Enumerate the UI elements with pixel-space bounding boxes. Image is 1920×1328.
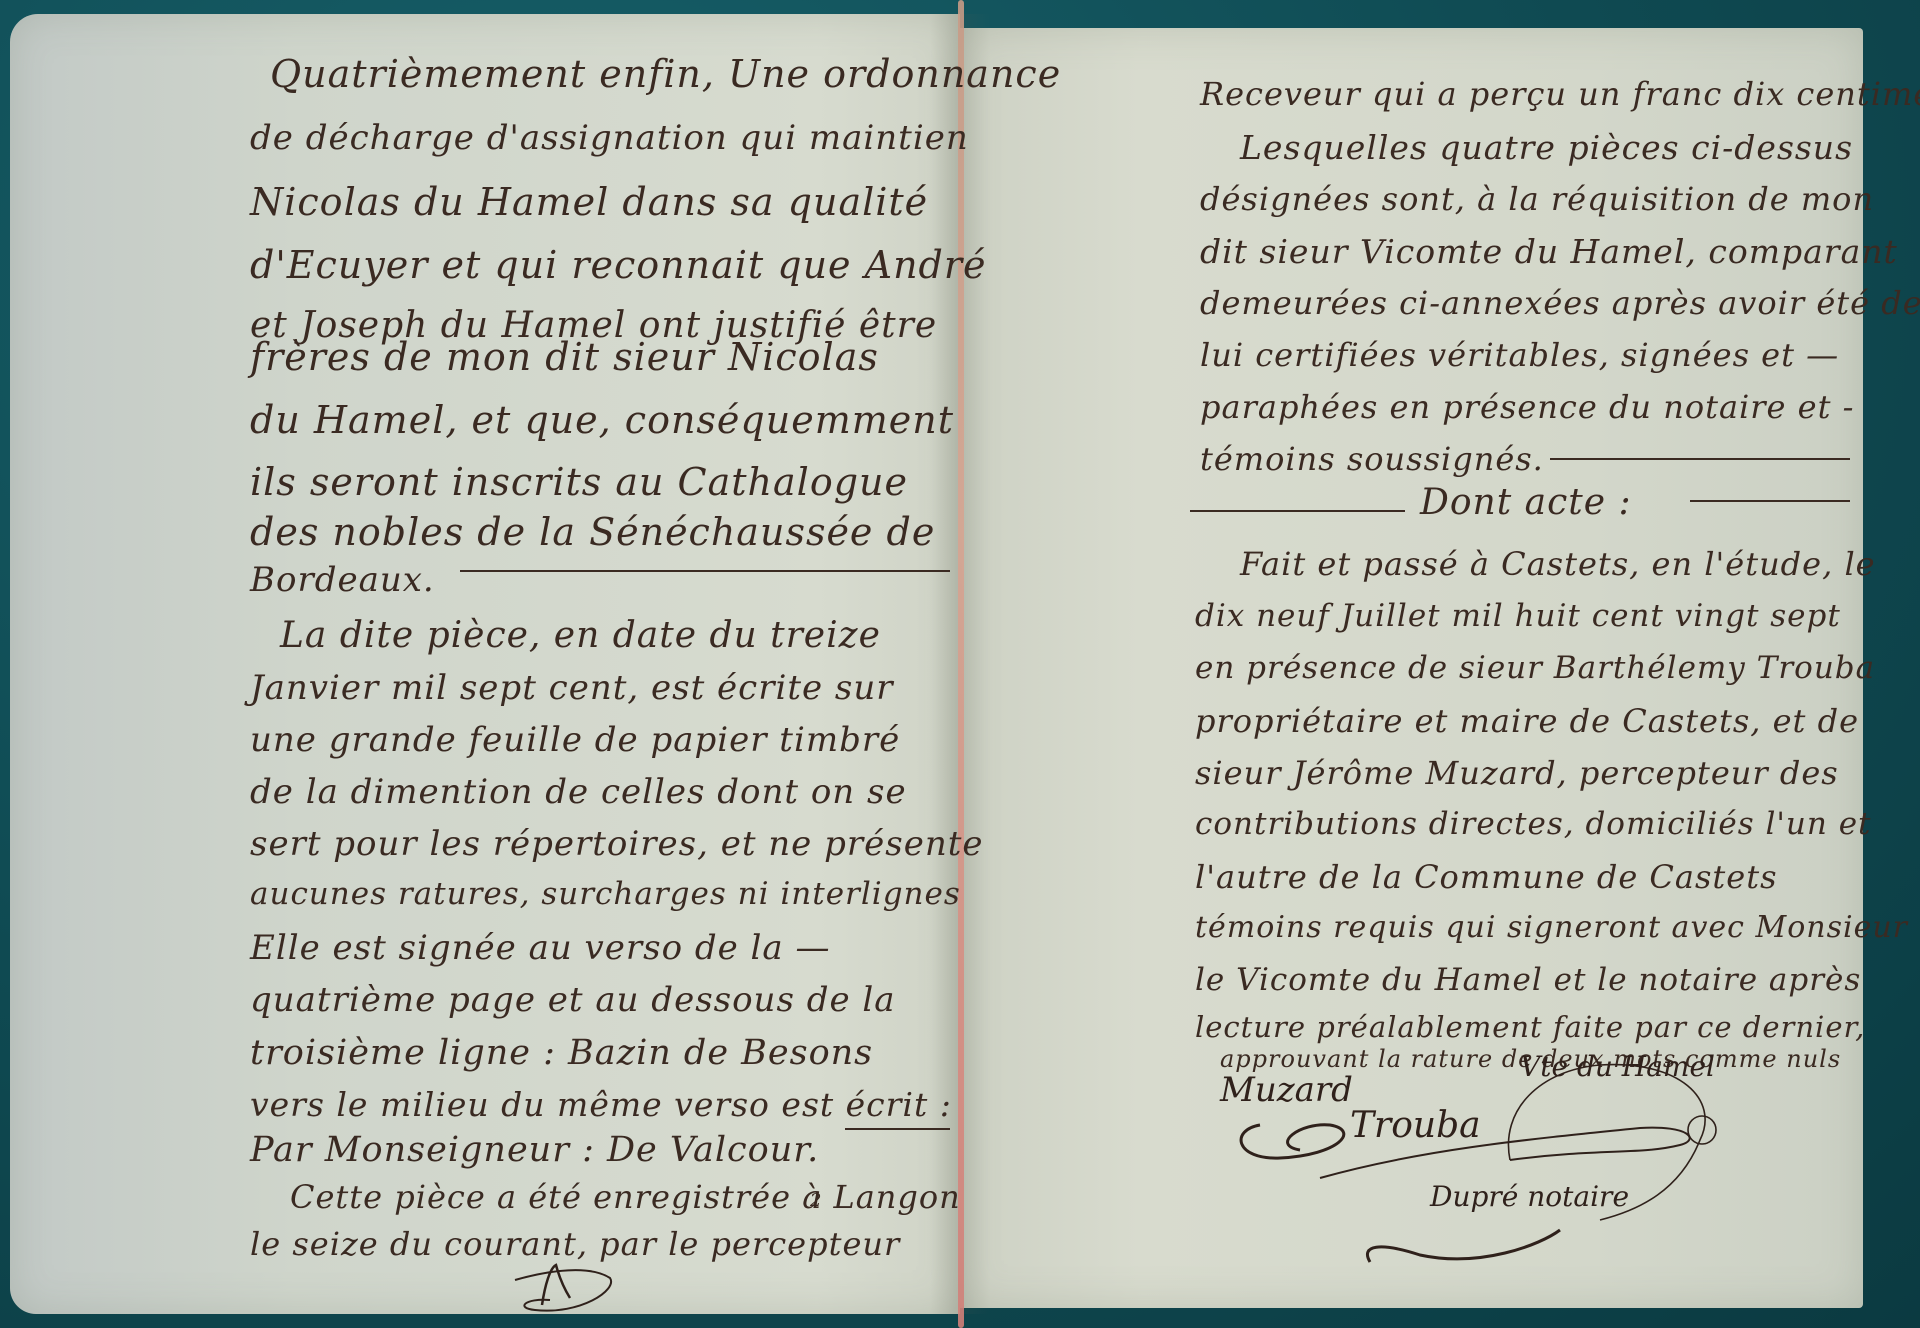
binding-thread bbox=[958, 0, 964, 1328]
right-line-17: témoins requis qui signeront avec Monsie… bbox=[1195, 910, 1908, 945]
right-rule-2a bbox=[1190, 510, 1405, 512]
right-line-16: l'autre de la Commune de Castets bbox=[1195, 858, 1777, 896]
right-line-10: Fait et passé à Castets, en l'étude, le bbox=[1240, 545, 1876, 583]
right-rule-2b bbox=[1690, 500, 1850, 502]
left-line-22: Cette pièce a été enregistrée à Langon bbox=[290, 1178, 961, 1216]
right-line-1: Receveur qui a perçu un franc dix centim… bbox=[1200, 75, 1920, 113]
right-line-14: sieur Jérôme Muzard, percepteur des bbox=[1195, 754, 1839, 792]
right-line-6: lui certifiées véritables, signées et — bbox=[1200, 336, 1839, 374]
right-line-15: contributions directes, domiciliés l'un … bbox=[1195, 806, 1872, 842]
right-line-9: Dont acte : bbox=[1420, 482, 1632, 523]
paraph-icon bbox=[510, 1260, 620, 1320]
left-line-9: des nobles de la Sénéchaussée de bbox=[250, 510, 935, 554]
left-line-20: vers le milieu du même verso est écrit : bbox=[250, 1085, 952, 1124]
left-line-13: une grande feuille de papier timbré bbox=[250, 720, 900, 760]
left-line-3: Nicolas du Hamel dans sa qualité bbox=[250, 180, 928, 224]
left-line-2: de décharge d'assignation qui maintien bbox=[250, 118, 969, 158]
left-line-15: sert pour les répertoires, et ne présent… bbox=[250, 824, 984, 864]
right-rule-1 bbox=[1550, 458, 1850, 460]
left-line-11: La dite pièce, en date du treize bbox=[280, 615, 881, 656]
right-line-7: paraphées en présence du notaire et - bbox=[1200, 388, 1854, 426]
signature-flourishes-icon bbox=[1220, 1030, 1780, 1280]
left-line-4: d'Ecuyer et qui reconnait que André bbox=[250, 243, 987, 287]
left-line-8: ils seront inscrits au Cathalogue bbox=[250, 460, 908, 504]
left-rule-2 bbox=[845, 1128, 950, 1130]
left-line-18: quatrième page et au dessous de la bbox=[250, 980, 896, 1020]
left-line-16: aucunes ratures, surcharges ni interlign… bbox=[250, 876, 961, 912]
right-line-4: dit sieur Vicomte du Hamel, comparant bbox=[1200, 232, 1898, 271]
right-line-11: dix neuf Juillet mil huit cent vingt sep… bbox=[1195, 598, 1841, 634]
right-line-13: propriétaire et maire de Castets, et de bbox=[1195, 702, 1859, 740]
left-line-7: du Hamel, et que, conséquemment bbox=[250, 398, 954, 442]
right-line-18: le Vicomte du Hamel et le notaire après bbox=[1195, 962, 1861, 998]
interlinear-note: 2 bbox=[810, 1190, 822, 1211]
left-line-21: Par Monseigneur : De Valcour. bbox=[250, 1130, 819, 1170]
right-line-3: désignées sont, à la réquisition de mon bbox=[1200, 180, 1874, 218]
left-line-6: frères de mon dit sieur Nicolas bbox=[250, 335, 879, 379]
left-line-10: Bordeaux. bbox=[250, 560, 435, 600]
left-rule-1 bbox=[460, 570, 950, 572]
left-line-17: Elle est signée au verso de la — bbox=[250, 928, 831, 968]
right-line-5: demeurées ci-annexées après avoir été de bbox=[1200, 284, 1920, 322]
right-line-2: Lesquelles quatre pièces ci-dessus bbox=[1240, 128, 1853, 167]
left-line-23: le seize du courant, par le percepteur bbox=[250, 1225, 900, 1263]
left-line-12: Janvier mil sept cent, est écrite sur bbox=[250, 668, 894, 708]
left-line-19: troisième ligne : Bazin de Besons bbox=[250, 1033, 873, 1073]
right-line-12: en présence de sieur Barthélemy Trouba bbox=[1195, 650, 1875, 686]
left-line-14: de la dimention de celles dont on se bbox=[250, 772, 907, 812]
left-line-1: Quatrièmement enfin, Une ordonnance bbox=[270, 52, 1061, 96]
right-line-8: témoins soussignés. bbox=[1200, 440, 1544, 478]
